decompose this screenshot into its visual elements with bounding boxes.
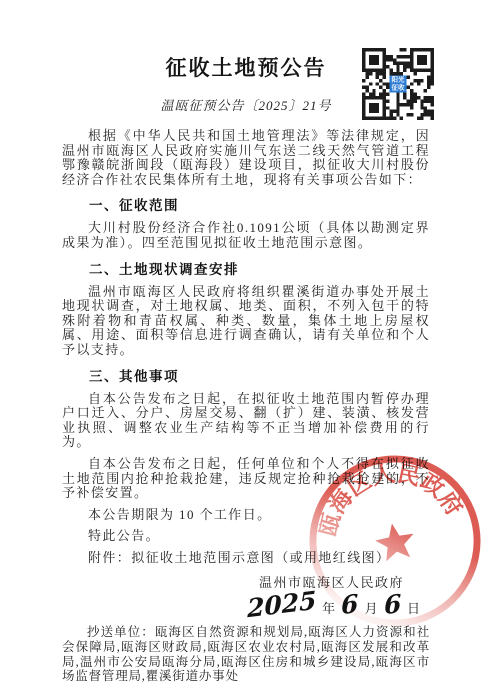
notice-page: 阳光 征收 征收土地预公告 温瓯征预公告〔2025〕21号 根据《中华人民共和国… <box>0 0 488 694</box>
section-1-heading: 一、征收范围 <box>62 194 430 214</box>
notice-period-line: 本公告期限为 10 个工作日。 <box>62 508 430 523</box>
qr-logo-line1: 阳光 <box>392 77 405 85</box>
section-2-paragraph: 温州市瓯海区人民政府将组织瞿溪街道办事处开展土地现状调查，对土地权属、地类、面积… <box>62 285 430 358</box>
year-label: 年 <box>322 598 335 617</box>
handwritten-year: 2025 <box>247 589 316 622</box>
handwritten-month: 6 <box>341 592 359 618</box>
month-label: 月 <box>365 598 378 617</box>
section-3-paragraph-2: 自本公告发布之日起，任何单位和个人不得在拟征收土地范围内抢种抢栽抢建，违反规定抢… <box>62 457 430 501</box>
intro-paragraph: 根据《中华人民共和国土地管理法》等法律规定，因温州市瓯海区人民政府实施川气东送二… <box>62 129 430 187</box>
section-3-heading: 三、其他事项 <box>62 365 430 385</box>
handwritten-day: 6 <box>383 592 401 618</box>
section-1-paragraph: 大川村股份经济合作社0.1091公顷（具体以勘测定界成果为准）。四至范围见拟征收… <box>62 221 430 250</box>
attachment-line: 附件：拟征收土地范围示意图（或用地红线图） <box>62 551 430 566</box>
section-2-heading: 二、土地现状调查安排 <box>62 258 430 278</box>
issue-date: 2025 年 6 月 6 日 <box>62 593 420 619</box>
section-3-paragraph-1: 自本公告发布之日起，在拟征收土地范围内暂停办理户口迁入、分户、房屋交易、翻（扩）… <box>62 392 430 450</box>
qr-center-logo: 阳光 征收 <box>390 76 407 93</box>
qr-logo-line2: 征收 <box>392 84 405 92</box>
hereby-announced-line: 特此公告。 <box>62 529 430 544</box>
cc-list: 抄送单位：瓯海区自然资源和规划局,瓯海区人力资源和社会保障局,瓯海区财政局,瓯海… <box>62 625 430 683</box>
qr-code: 阳光 征收 <box>362 48 434 120</box>
day-label: 日 <box>407 598 420 617</box>
